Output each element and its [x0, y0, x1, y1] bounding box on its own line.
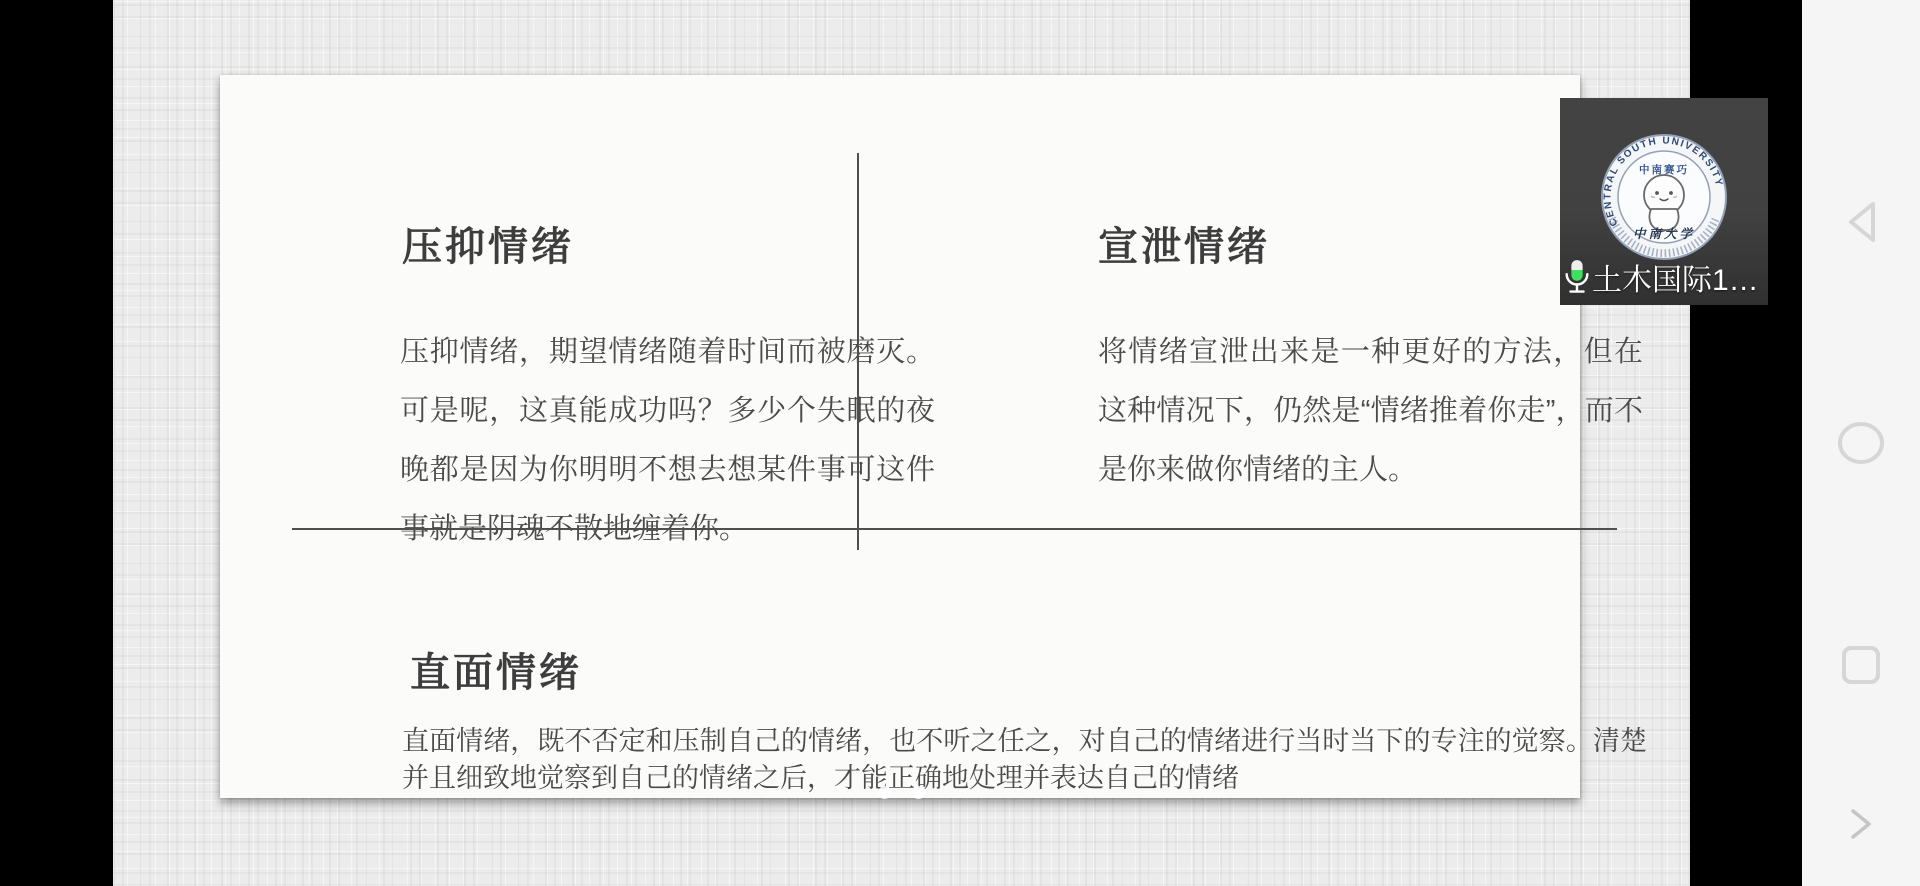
meeting-screen: 压抑情绪 压抑情绪，期望情绪随着时间而被磨灭。可是呢，这真能成功吗？多少个失眠的… [0, 0, 1920, 886]
home-button[interactable] [1802, 420, 1920, 466]
recents-button[interactable] [1802, 645, 1920, 685]
microphone-active-icon [1562, 258, 1592, 296]
participant-name-label: 土木国际1… [1592, 255, 1759, 299]
section-title-face-emotions: 直面情绪 [410, 641, 582, 698]
section-title-vent-emotions: 宣泄情绪 [1098, 215, 1270, 272]
logo-inner-top-text: 中南赛巧 [1639, 163, 1689, 176]
slide-indicator-dot [878, 786, 891, 799]
expand-panel-button[interactable] [1802, 807, 1920, 841]
slide-indicator-dot [912, 786, 925, 799]
expand-chevron-icon [1847, 807, 1875, 841]
shared-screen-stage[interactable]: 压抑情绪 压抑情绪，期望情绪随着时间而被磨灭。可是呢，这真能成功吗？多少个失眠的… [113, 0, 1690, 886]
presentation-slide: 压抑情绪 压抑情绪，期望情绪随着时间而被磨灭。可是呢，这真能成功吗？多少个失眠的… [220, 75, 1580, 798]
recents-square-icon [1841, 645, 1881, 685]
vertical-divider [857, 153, 859, 550]
logo-inner-bottom-text: 中南大学 [1633, 227, 1695, 241]
section-title-suppress-emotions: 压抑情绪 [402, 215, 574, 272]
mascot-figure [1644, 175, 1684, 232]
university-badge-logo: CENTRAL SOUTH UNIVERSITY 中南赛巧 中南大学 [1601, 134, 1727, 260]
section-body-suppress-emotions: 压抑情绪，期望情绪随着时间而被磨灭。可是呢，这真能成功吗？多少个失眠的夜晚都是因… [400, 323, 935, 559]
home-circle-icon [1837, 420, 1885, 466]
android-navigation-bar [1802, 0, 1920, 886]
back-button[interactable] [1802, 197, 1920, 247]
left-pillarbox-band [0, 0, 113, 886]
section-body-face-emotions: 直面情绪，既不否定和压制自己的情绪，也不听之任之，对自己的情绪进行当时当下的专注… [402, 723, 1647, 797]
horizontal-divider [292, 528, 1617, 530]
section-body-vent-emotions: 将情绪宣泄出来是一种更好的方法，但在这种情况下，仍然是“情绪推着你走”，而不是你… [1098, 323, 1643, 500]
back-triangle-icon [1841, 197, 1881, 247]
participant-video-tile[interactable]: CENTRAL SOUTH UNIVERSITY 中南赛巧 中南大学 [1560, 98, 1768, 305]
